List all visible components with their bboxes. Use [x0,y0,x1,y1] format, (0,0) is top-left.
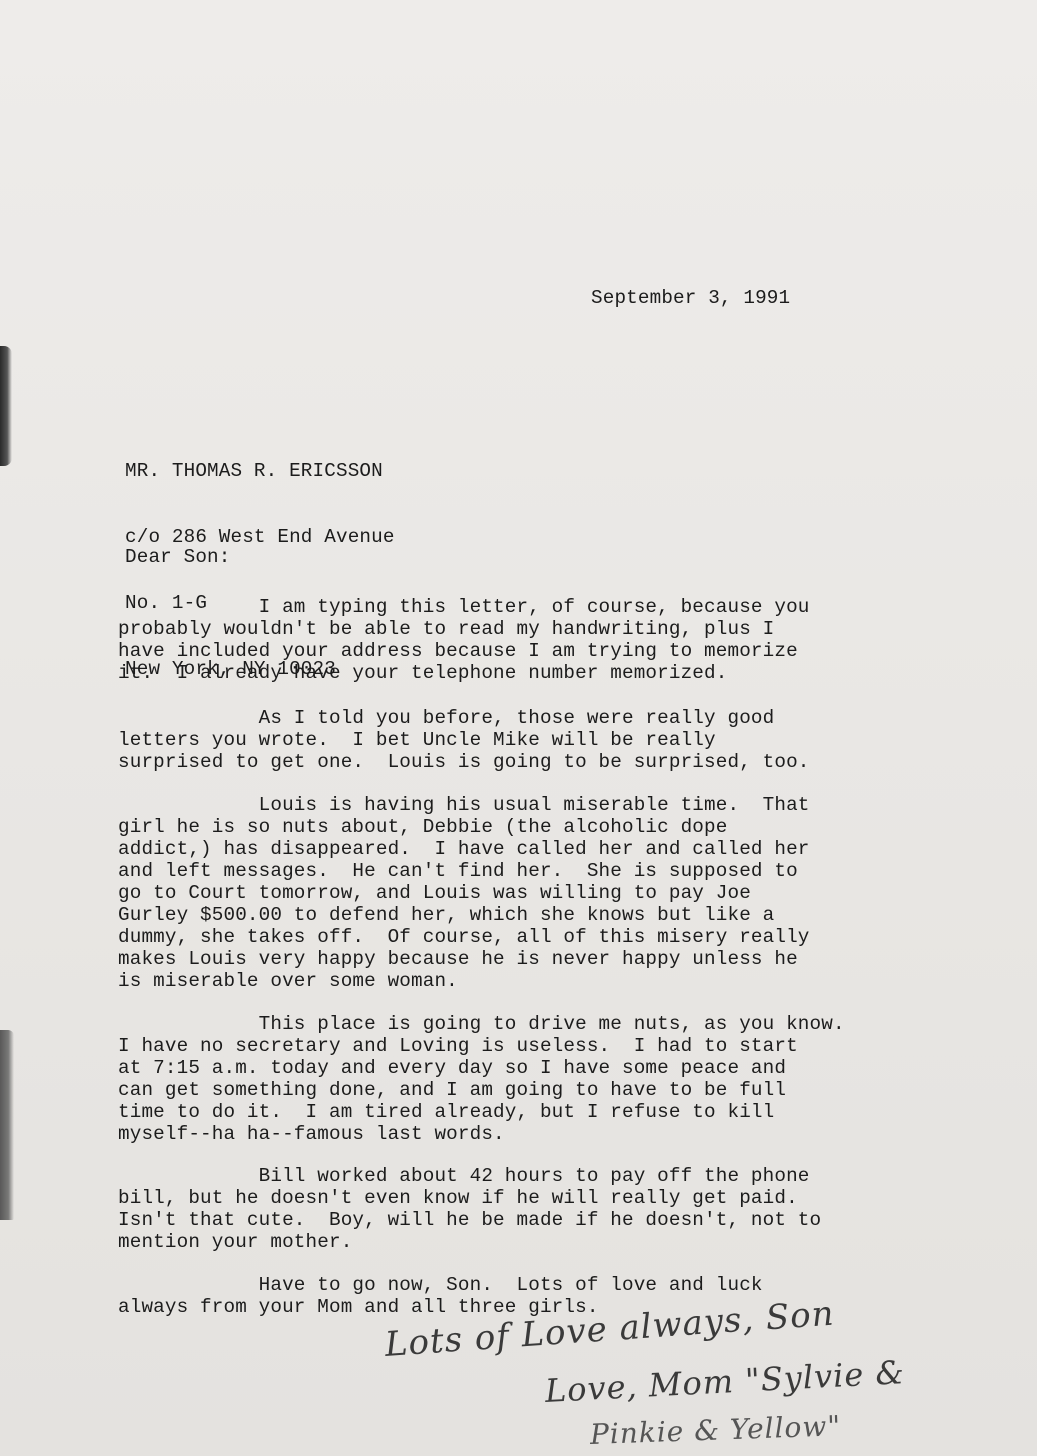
paragraph: Bill worked about 42 hours to pay off th… [118,1165,821,1253]
paragraph-line: have included your address because I am … [118,640,810,662]
paragraph-line: probably wouldn't be able to read my han… [118,618,810,640]
paragraph: I am typing this letter, of course, beca… [118,596,810,684]
paragraph-line: go to Court tomorrow, and Louis was will… [118,882,810,904]
paragraph-line: Have to go now, Son. Lots of love and lu… [118,1274,763,1296]
paragraph-line: mention your mother. [118,1231,821,1253]
paragraph-line: Gurley $500.00 to defend her, which she … [118,904,810,926]
paragraph-line: makes Louis very happy because he is nev… [118,948,810,970]
handwritten-signature: Pinkie & Yellow" [589,1409,841,1451]
paragraph-line: it. I already have your telephone number… [118,662,810,684]
paragraph-line: Louis is having his usual miserable time… [118,794,810,816]
paragraph: This place is going to drive me nuts, as… [118,1013,845,1145]
paragraph-line: letters you wrote. I bet Uncle Mike will… [118,729,810,751]
paragraph-line: As I told you before, those were really … [118,707,810,729]
page-edge-shadow [0,346,12,466]
paragraph-line: surprised to get one. Louis is going to … [118,751,810,773]
paragraph-line: can get something done, and I am going t… [118,1079,845,1101]
paragraph-line: I have no secretary and Loving is useles… [118,1035,845,1057]
paragraph-line: at 7:15 a.m. today and every day so I ha… [118,1057,845,1079]
paragraph-line: myself--ha ha--famous last words. [118,1123,845,1145]
paragraph-line: time to do it. I am tired already, but I… [118,1101,845,1123]
paragraph-line: Isn't that cute. Boy, will he be made if… [118,1209,821,1231]
salutation: Dear Son: [125,546,231,568]
paragraph-line: is miserable over some woman. [118,970,810,992]
page-edge-shadow [0,1030,14,1220]
paragraph-line: bill, but he doesn't even know if he wil… [118,1187,821,1209]
letter-date: September 3, 1991 [591,287,790,309]
paragraph: As I told you before, those were really … [118,707,810,773]
address-line: MR. THOMAS R. ERICSSON [125,460,395,482]
paragraph-line: This place is going to drive me nuts, as… [118,1013,845,1035]
paragraph-line: girl he is so nuts about, Debbie (the al… [118,816,810,838]
address-line: c/o 286 West End Avenue [125,526,395,548]
paragraph: Louis is having his usual miserable time… [118,794,810,992]
handwritten-signature: Love, Mom "Sylvie & [544,1353,906,1410]
paragraph-line: dummy, she takes off. Of course, all of … [118,926,810,948]
paragraph-line: addict,) has disappeared. I have called … [118,838,810,860]
paragraph-line: and left messages. He can't find her. Sh… [118,860,810,882]
paragraph-line: I am typing this letter, of course, beca… [118,596,810,618]
paragraph-line: Bill worked about 42 hours to pay off th… [118,1165,821,1187]
letter-page: September 3, 1991 MR. THOMAS R. ERICSSON… [0,0,1037,1456]
